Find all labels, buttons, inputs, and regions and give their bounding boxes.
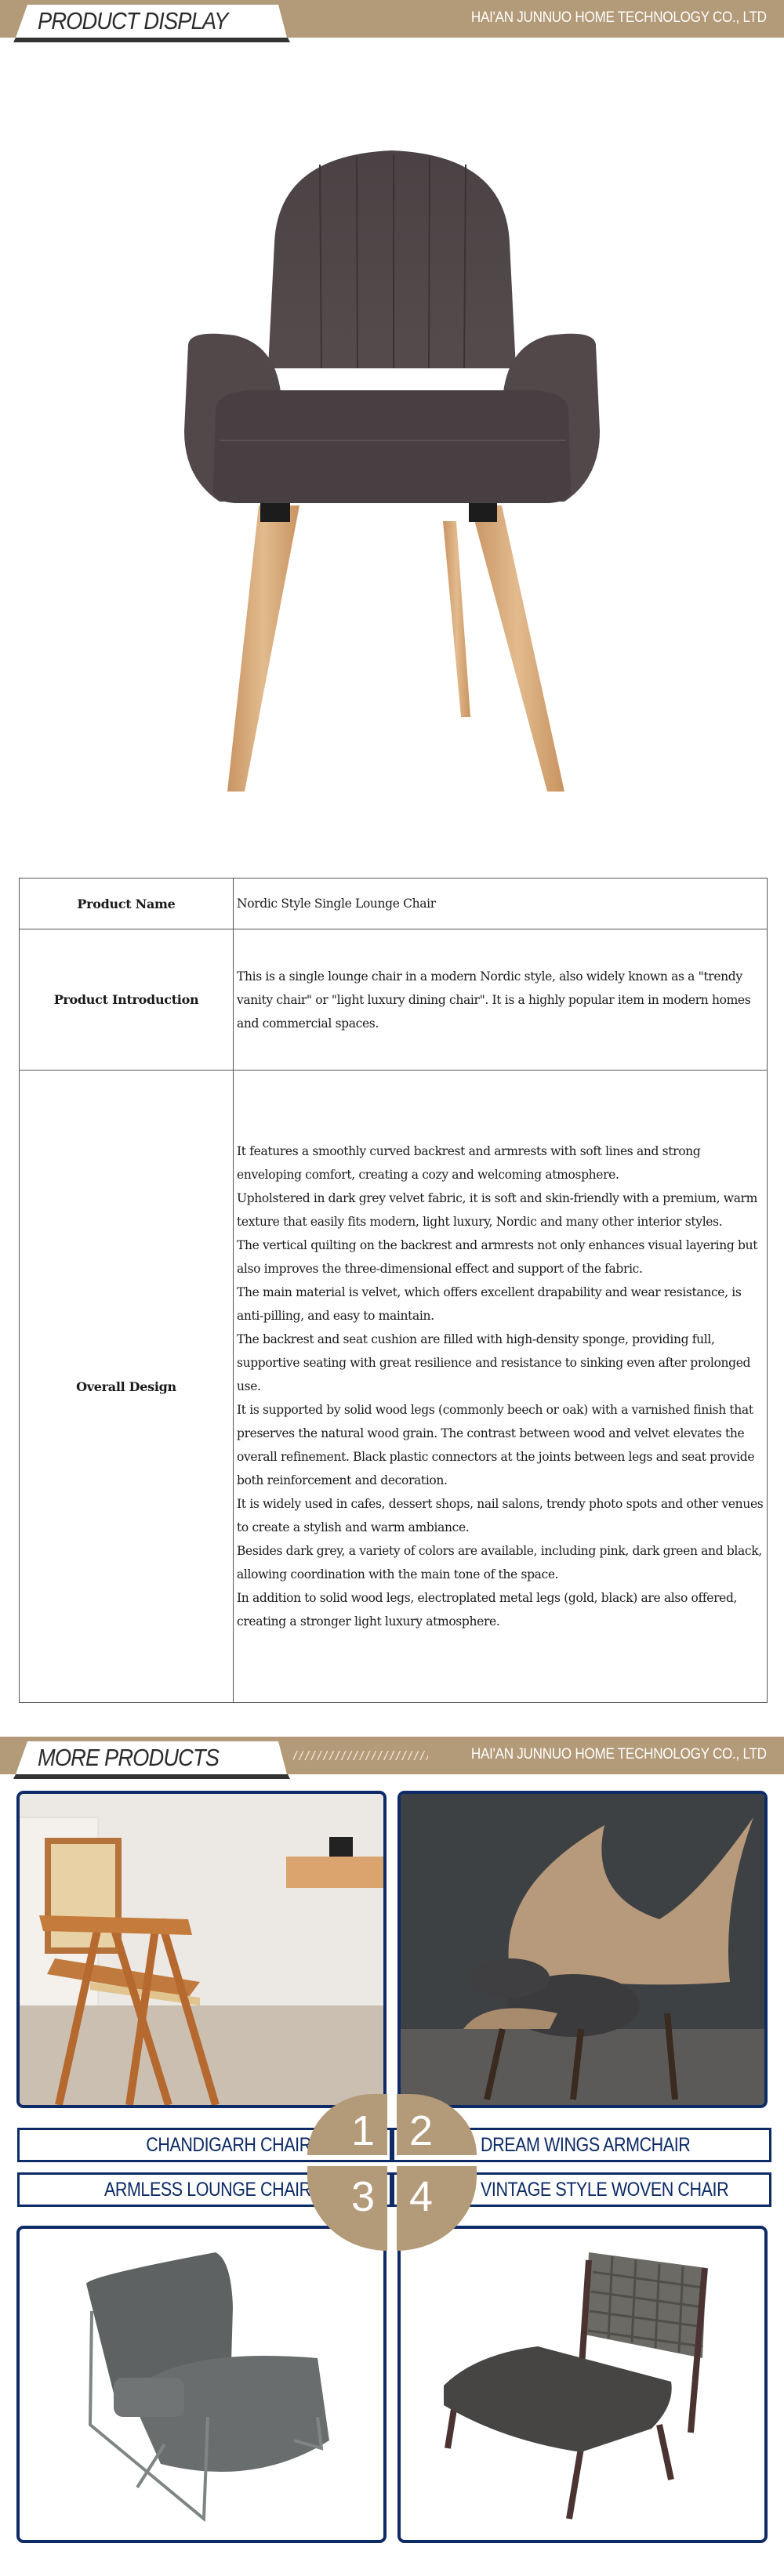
- design-point: The main material is velvet, which offer…: [237, 1281, 765, 1328]
- spec-key: Overall Design: [20, 1071, 234, 1703]
- product-card-armless-lounge-chair[interactable]: [16, 2226, 387, 2543]
- section-tab-underline: [13, 1774, 290, 1779]
- armless-lounge-chair-image: [20, 2229, 383, 2540]
- more-products-header: MORE PRODUCTS HAI'AN JUNNUO HOME TECHNOL…: [0, 1737, 784, 1774]
- product-card-vintage-style-woven-chair[interactable]: [397, 2226, 768, 2543]
- section-title: PRODUCT DISPLAY: [38, 7, 227, 35]
- design-point: It is supported by solid wood legs (comm…: [237, 1398, 765, 1492]
- product-card-chandigarh-chair[interactable]: [16, 1791, 387, 2108]
- company-name: HAI'AN JUNNUO HOME TECHNOLOGY CO., LTD: [471, 1746, 767, 1763]
- product-number-badge: 1 2 3 4: [307, 2094, 477, 2251]
- design-point: In addition to solid wood legs, electrop…: [237, 1586, 765, 1633]
- design-point: The backrest and seat cushion are filled…: [237, 1328, 765, 1398]
- product-name: DREAM WINGS ARMCHAIR: [481, 2134, 690, 2157]
- design-point: It features a smoothly curved backrest a…: [237, 1139, 765, 1187]
- number-3: 3: [307, 2166, 387, 2251]
- product-name: CHANDIGARH CHAIR: [146, 2134, 311, 2157]
- table-row: Overall Design It features a smoothly cu…: [20, 1071, 768, 1703]
- number-2: 2: [397, 2094, 477, 2155]
- design-point: Besides dark grey, a variety of colors a…: [237, 1539, 765, 1586]
- product-spec-table: Product Name Nordic Style Single Lounge …: [19, 878, 768, 1703]
- spec-value-text: Nordic Style Single Lounge Chair: [237, 892, 765, 915]
- number-4: 4: [397, 2166, 477, 2251]
- spec-key: Product Introduction: [20, 929, 234, 1071]
- table-row: Product Name Nordic Style Single Lounge …: [20, 879, 768, 929]
- spec-value: Nordic Style Single Lounge Chair: [234, 879, 768, 929]
- spec-value-text: This is a single lounge chair in a moder…: [237, 965, 765, 1035]
- product-card-dream-wings-armchair[interactable]: [397, 1791, 768, 2108]
- product-name: ARMLESS LOUNGE CHAIR: [104, 2179, 311, 2201]
- spec-key: Product Name: [20, 879, 234, 929]
- hero-product-image: [141, 133, 643, 799]
- number-1: 1: [307, 2094, 387, 2155]
- vintage-woven-chair-image: [401, 2229, 764, 2540]
- dream-wings-armchair-image: [401, 1794, 764, 2105]
- design-point: It is widely used in cafes, dessert shop…: [237, 1492, 765, 1539]
- section-title: MORE PRODUCTS: [38, 1744, 219, 1772]
- design-point: Upholstered in dark grey velvet fabric, …: [237, 1187, 765, 1234]
- table-row: Product Introduction This is a single lo…: [20, 929, 768, 1071]
- product-display-header: PRODUCT DISPLAY HAI'AN JUNNUO HOME TECHN…: [0, 0, 784, 38]
- spec-value: It features a smoothly curved backrest a…: [234, 1071, 768, 1703]
- product-name: VINTAGE STYLE WOVEN CHAIR: [481, 2179, 728, 2201]
- design-point: The vertical quilting on the backrest an…: [237, 1234, 765, 1281]
- spec-value: This is a single lounge chair in a moder…: [234, 929, 768, 1071]
- section-tab-underline: [13, 38, 290, 42]
- company-name: HAI'AN JUNNUO HOME TECHNOLOGY CO., LTD: [471, 9, 767, 27]
- chandigarh-chair-image: [20, 1794, 383, 2105]
- hatch-decoration: [293, 1751, 428, 1760]
- lounge-chair-illustration: [141, 133, 643, 799]
